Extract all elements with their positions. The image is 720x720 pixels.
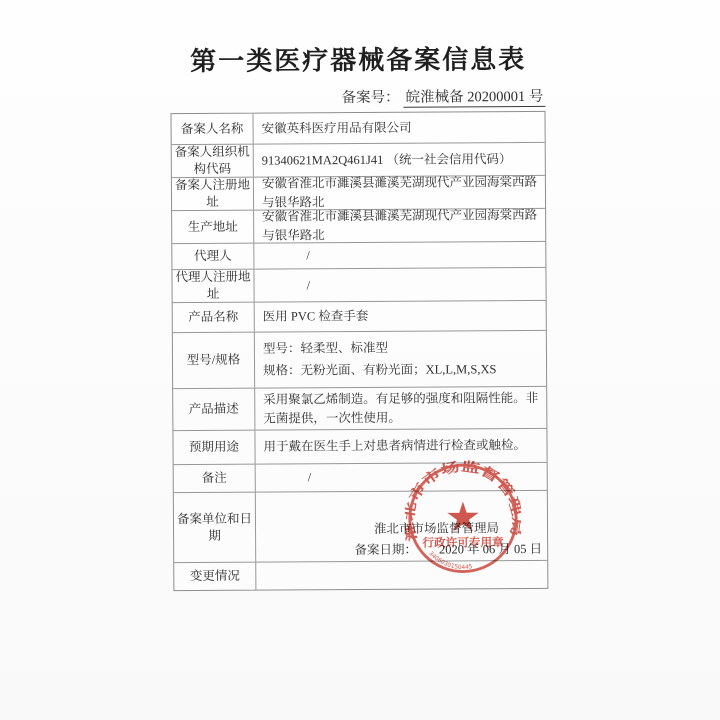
table-row: 预期用途 用于戴在医生手上对患者病情进行检查或触检。 — [173, 428, 546, 464]
spec-line: 规格：无粉光面、有粉光面；XL,L,M,S,XS — [263, 361, 496, 381]
row-label: 备注 — [174, 465, 256, 493]
row-value: 91340621MA2Q461J41 （统一社会信用代码） — [254, 143, 545, 177]
table-row: 代理人注册地址 / — [172, 267, 545, 302]
row-value: 医用 PVC 检查手套 — [255, 301, 546, 332]
row-value: 安徽英科医疗用品有限公司 — [253, 112, 544, 144]
row-label: 变更情况 — [174, 563, 256, 591]
row-label: 产品名称 — [173, 303, 255, 333]
table-row: 备案人名称 安徽英科医疗用品有限公司 — [171, 112, 544, 144]
row-label: 备案单位和日期 — [174, 493, 256, 562]
row-value: 采用聚氯乙烯制造。有足够的强度和阻隔性能。非无菌提供，一次性使用。 — [255, 387, 546, 430]
table-row: 备案人组织机构代码 91340621MA2Q461J41 （统一社会信用代码） — [172, 142, 545, 177]
row-value: / — [254, 242, 545, 269]
table-row: 型号/规格 型号：轻柔型、标准型 规格：无粉光面、有粉光面；XL,L,M,S,X… — [173, 330, 546, 388]
row-label: 备案人名称 — [171, 114, 253, 145]
table-row: 备案单位和日期 淮北市市场监督管理局 备案日期：2020 年 06 月 05 日 — [174, 490, 547, 562]
row-label: 代理人注册地址 — [172, 270, 254, 303]
row-value — [256, 561, 547, 590]
row-label: 型号/规格 — [173, 333, 255, 388]
model-line: 型号：轻柔型、标准型 — [263, 339, 388, 359]
filing-date: 备案日期：2020 年 06 月 05 日 — [354, 540, 542, 560]
document-sheet: 第一类医疗器械备案信息表 备案号：皖淮械备 20200001 号 备案人名称 安… — [0, 0, 720, 720]
info-table: 备案人名称 安徽英科医疗用品有限公司 备案人组织机构代码 91340621MA2… — [170, 111, 548, 591]
filing-authority: 淮北市市场监督管理局 — [374, 519, 499, 539]
registration-number-label: 备案号： — [342, 90, 400, 106]
table-row: 生产地址 安徽省淮北市濉溪县濉溪芜湖现代产业园海棠西路与银华路北 — [172, 208, 545, 243]
table-row: 变更情况 — [174, 560, 547, 590]
row-value: 型号：轻柔型、标准型 规格：无粉光面、有粉光面；XL,L,M,S,XS — [255, 331, 546, 388]
table-row: 备注 / — [174, 462, 547, 492]
registration-number-value: 皖淮械备 20200001 号 — [404, 89, 546, 108]
table-row: 代理人 / — [172, 241, 545, 269]
page-title: 第一类医疗器械备案信息表 — [0, 38, 718, 79]
table-row: 产品名称 医用 PVC 检查手套 — [173, 300, 546, 332]
registration-number: 备案号：皖淮械备 20200001 号 — [170, 85, 545, 108]
filing-date-label: 备案日期： — [354, 543, 417, 557]
table-row: 备案人注册地址 安徽省淮北市濉溪县濉溪芜湖现代产业园海棠西路与银华路北 — [172, 175, 545, 210]
row-label: 备案人注册地址 — [172, 178, 254, 211]
row-label: 产品描述 — [173, 389, 255, 431]
row-label: 备案人组织机构代码 — [172, 145, 254, 178]
row-value: 安徽省淮北市濉溪县濉溪芜湖现代产业园海棠西路与银华路北 — [254, 176, 545, 210]
row-value: / — [254, 268, 545, 302]
row-value: 安徽省淮北市濉溪县濉溪芜湖现代产业园海棠西路与银华路北 — [254, 209, 545, 243]
row-label: 代理人 — [172, 244, 254, 270]
table-row: 产品描述 采用聚氯乙烯制造。有足够的强度和阻隔性能。非无菌提供，一次性使用。 — [173, 386, 546, 430]
row-value: 用于戴在医生手上对患者病情进行检查或触检。 — [255, 429, 546, 464]
row-label: 预期用途 — [173, 431, 255, 465]
filing-unit-cell: 淮北市市场监督管理局 备案日期：2020 年 06 月 05 日 — [256, 491, 547, 562]
row-value: / — [256, 463, 547, 492]
filing-date-value: 2020 年 06 月 05 日 — [439, 542, 542, 557]
row-label: 生产地址 — [172, 211, 254, 244]
